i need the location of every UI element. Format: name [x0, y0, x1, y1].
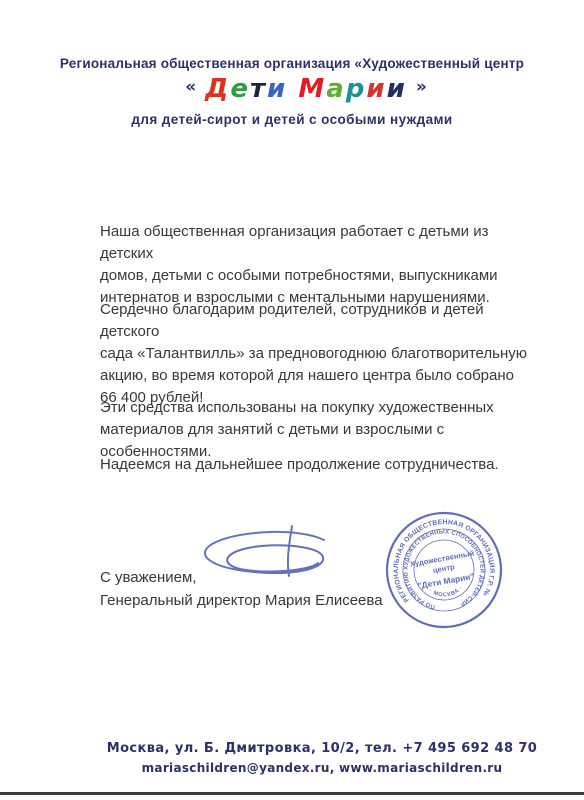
text-line: Надеемся на дальнейшее продолжение сотру… [100, 454, 530, 476]
scanned-letter-page: Региональная общественная организация «Х… [0, 0, 584, 800]
text-line: Эти средства использованы на покупку худ… [100, 397, 530, 419]
logo-letter: е [230, 74, 250, 104]
logo-letter: и [387, 74, 407, 104]
signature-salutation: С уважением, [100, 566, 383, 589]
letterhead-org-name: Региональная общественная организация «Х… [0, 56, 584, 71]
footer-email-website: mariaschildren@yandex.ru, www.mariaschil… [30, 761, 584, 775]
text-line: акцию, во время которой для нашего центр… [100, 365, 530, 387]
organization-stamp-seal: РЕГИОНАЛЬНАЯ ОБЩЕСТВЕННАЯ ОРГАНИЗАЦИЯ Г.… [364, 490, 524, 650]
scan-edge-line [0, 792, 584, 795]
logo-close-quote: » [416, 77, 427, 97]
text-line: сада «Талантвилль» за предновогоднюю бла… [100, 343, 530, 365]
logo-letter: т [250, 74, 267, 104]
logo-letter: р [346, 74, 367, 104]
letterhead-logo: «Дети Марии» [14, 74, 584, 104]
footer-contacts: Москва, ул. Б. Дмитровка, 10/2, тел. +7 … [30, 741, 584, 775]
logo-letter [287, 74, 298, 104]
logo-letter: и [366, 74, 386, 104]
stamp-center-line3: "Дети Марии" [417, 571, 475, 591]
logo-letter: Д [205, 74, 230, 104]
signature-block: С уважением, Генеральный директор Мария … [100, 566, 383, 612]
paragraph-closing: Надеемся на дальнейшее продолжение сотру… [100, 454, 530, 476]
text-line: Сердечно благодарим родителей, сотрудник… [100, 299, 530, 343]
logo-colored-letters: Дети Марии [205, 84, 407, 101]
signature-name-title: Генеральный директор Мария Елисеева [100, 589, 383, 612]
logo-letter: и [267, 74, 287, 104]
text-line: Наша общественная организация работает с… [100, 221, 530, 265]
logo-letter: а [326, 74, 346, 104]
letterhead-subtitle: для детей-сирот и детей с особыми нуждам… [0, 112, 584, 127]
logo-open-quote: « [185, 77, 196, 97]
footer-address-phone: Москва, ул. Б. Дмитровка, 10/2, тел. +7 … [30, 741, 584, 756]
paragraph-intro: Наша общественная организация работает с… [100, 221, 530, 309]
logo-letter: М [298, 74, 326, 104]
text-line: домов, детьми с особыми потребностями, в… [100, 265, 530, 287]
paragraph-thanks: Сердечно благодарим родителей, сотрудник… [100, 299, 530, 409]
